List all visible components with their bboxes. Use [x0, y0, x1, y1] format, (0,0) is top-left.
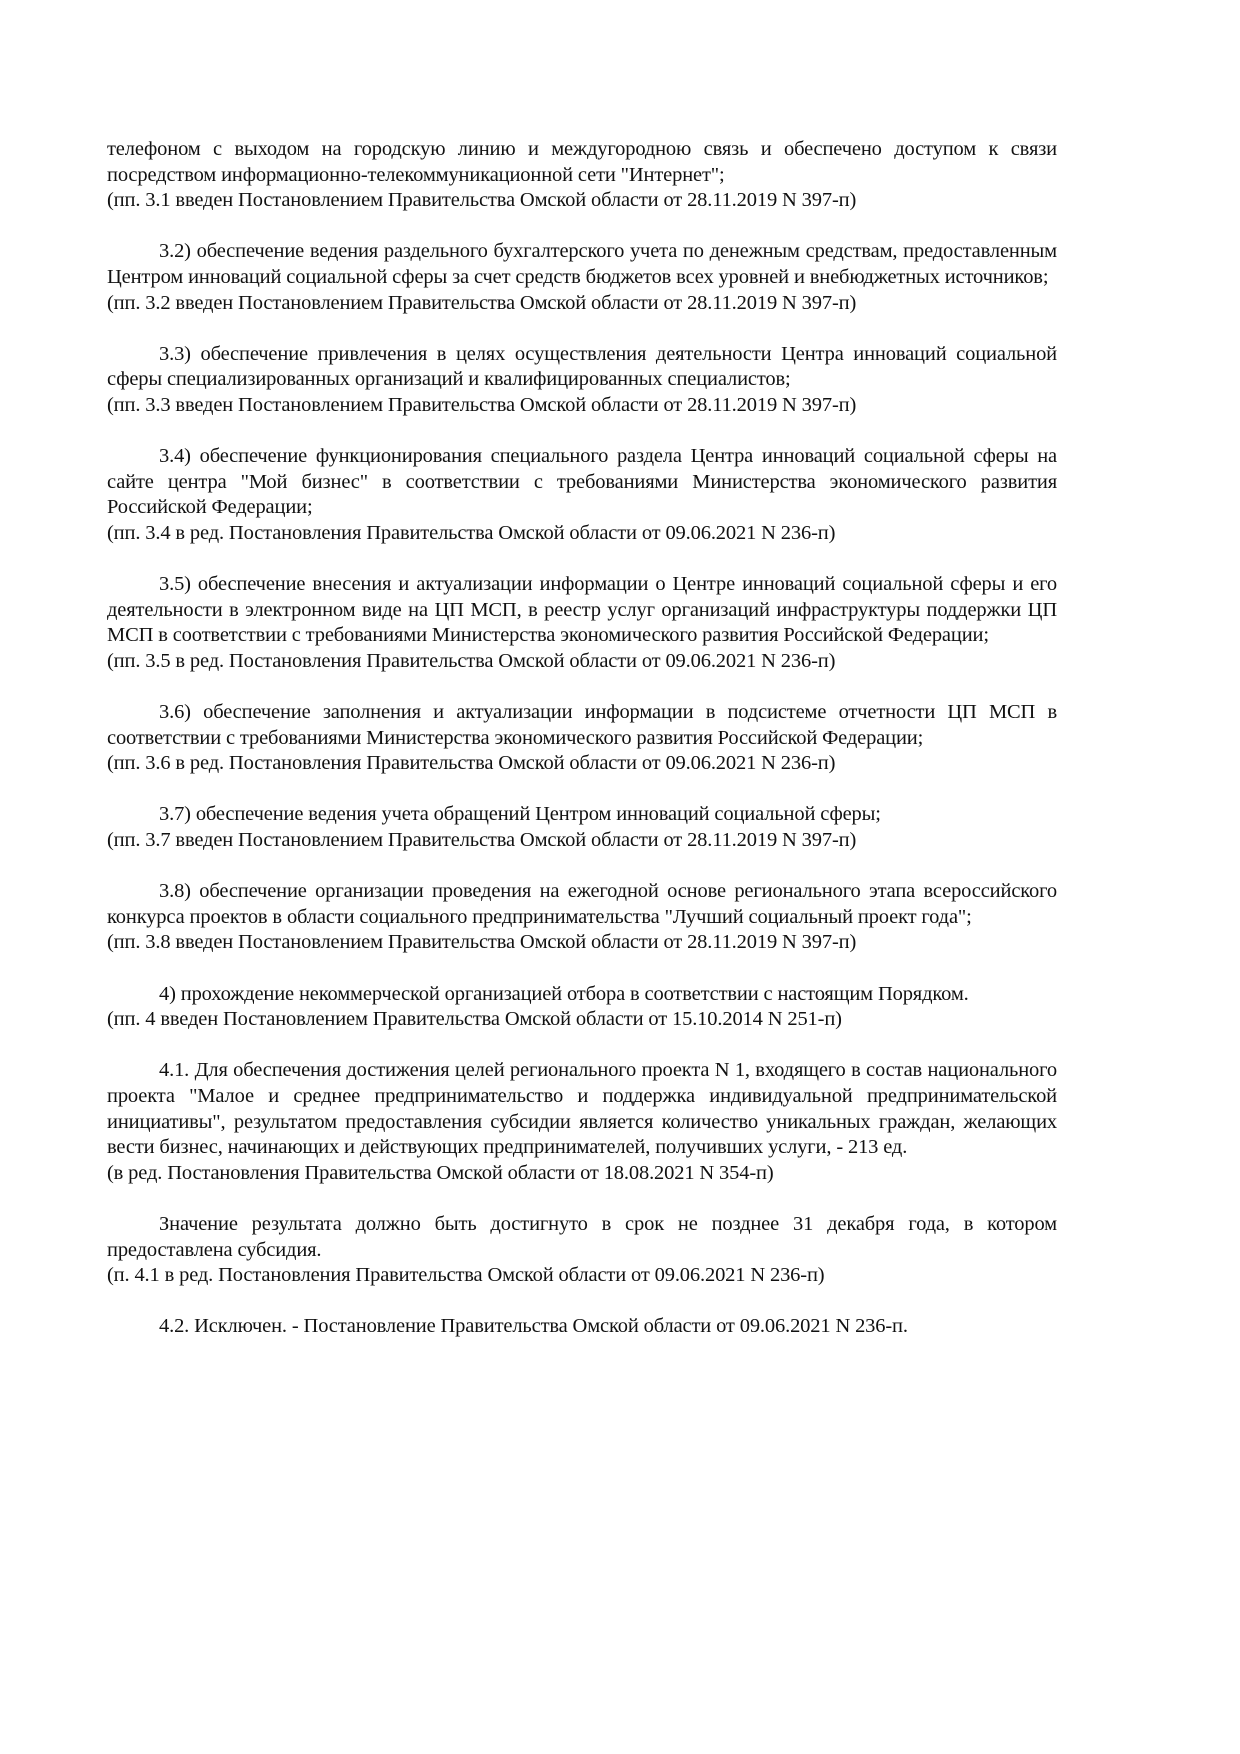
paragraph-text: 3.7) обеспечение ведения учета обращений…: [107, 802, 1057, 828]
amendment-note: (в ред. Постановления Правительства Омск…: [107, 1161, 1057, 1187]
amendment-note: (пп. 3.4 в ред. Постановления Правительс…: [107, 521, 1057, 547]
paragraph-text: 4.2. Исключен. - Постановление Правитель…: [107, 1314, 1057, 1340]
paragraph-text: 3.6) обеспечение заполнения и актуализац…: [107, 700, 1057, 751]
paragraph-4: 4) прохождение некоммерческой организаци…: [107, 982, 1057, 1033]
paragraph-3-8: 3.8) обеспечение организации проведения …: [107, 879, 1057, 956]
paragraph-text: 3.4) обеспечение функционирования специа…: [107, 444, 1057, 521]
paragraph-text: 3.3) обеспечение привлечения в целях осу…: [107, 342, 1057, 393]
paragraph-3-1-continuation: телефоном с выходом на городскую линию и…: [107, 137, 1057, 214]
paragraph-3-5: 3.5) обеспечение внесения и актуализации…: [107, 572, 1057, 674]
paragraph-4-1: 4.1. Для обеспечения достижения целей ре…: [107, 1058, 1057, 1186]
paragraph-text: 3.5) обеспечение внесения и актуализации…: [107, 572, 1057, 649]
paragraph-text: 4.1. Для обеспечения достижения целей ре…: [107, 1058, 1057, 1160]
paragraph-4-1-deadline: Значение результата должно быть достигну…: [107, 1212, 1057, 1289]
amendment-note: (пп. 3.6 в ред. Постановления Правительс…: [107, 751, 1057, 777]
paragraph-3-2: 3.2) обеспечение ведения раздельного бух…: [107, 239, 1057, 316]
amendment-note: (п. 4.1 в ред. Постановления Правительст…: [107, 1263, 1057, 1289]
paragraph-text: 3.2) обеспечение ведения раздельного бух…: [107, 239, 1057, 290]
amendment-note: (пп. 4 введен Постановлением Правительст…: [107, 1007, 1057, 1033]
paragraph-text: телефоном с выходом на городскую линию и…: [107, 137, 1057, 188]
paragraph-text: 4) прохождение некоммерческой организаци…: [107, 982, 1057, 1008]
paragraph-4-2: 4.2. Исключен. - Постановление Правитель…: [107, 1314, 1057, 1340]
paragraph-3-7: 3.7) обеспечение ведения учета обращений…: [107, 802, 1057, 853]
paragraph-3-3: 3.3) обеспечение привлечения в целях осу…: [107, 342, 1057, 419]
amendment-note: (пп. 3.3 введен Постановлением Правитель…: [107, 393, 1057, 419]
amendment-note: (пп. 3.1 введен Постановлением Правитель…: [107, 188, 1057, 214]
amendment-note: (пп. 3.2 введен Постановлением Правитель…: [107, 291, 1057, 317]
amendment-note: (пп. 3.5 в ред. Постановления Правительс…: [107, 649, 1057, 675]
paragraph-text: Значение результата должно быть достигну…: [107, 1212, 1057, 1263]
paragraph-3-6: 3.6) обеспечение заполнения и актуализац…: [107, 700, 1057, 777]
paragraph-3-4: 3.4) обеспечение функционирования специа…: [107, 444, 1057, 546]
amendment-note: (пп. 3.8 введен Постановлением Правитель…: [107, 930, 1057, 956]
document-page: телефоном с выходом на городскую линию и…: [107, 137, 1057, 1366]
paragraph-text: 3.8) обеспечение организации проведения …: [107, 879, 1057, 930]
amendment-note: (пп. 3.7 введен Постановлением Правитель…: [107, 828, 1057, 854]
